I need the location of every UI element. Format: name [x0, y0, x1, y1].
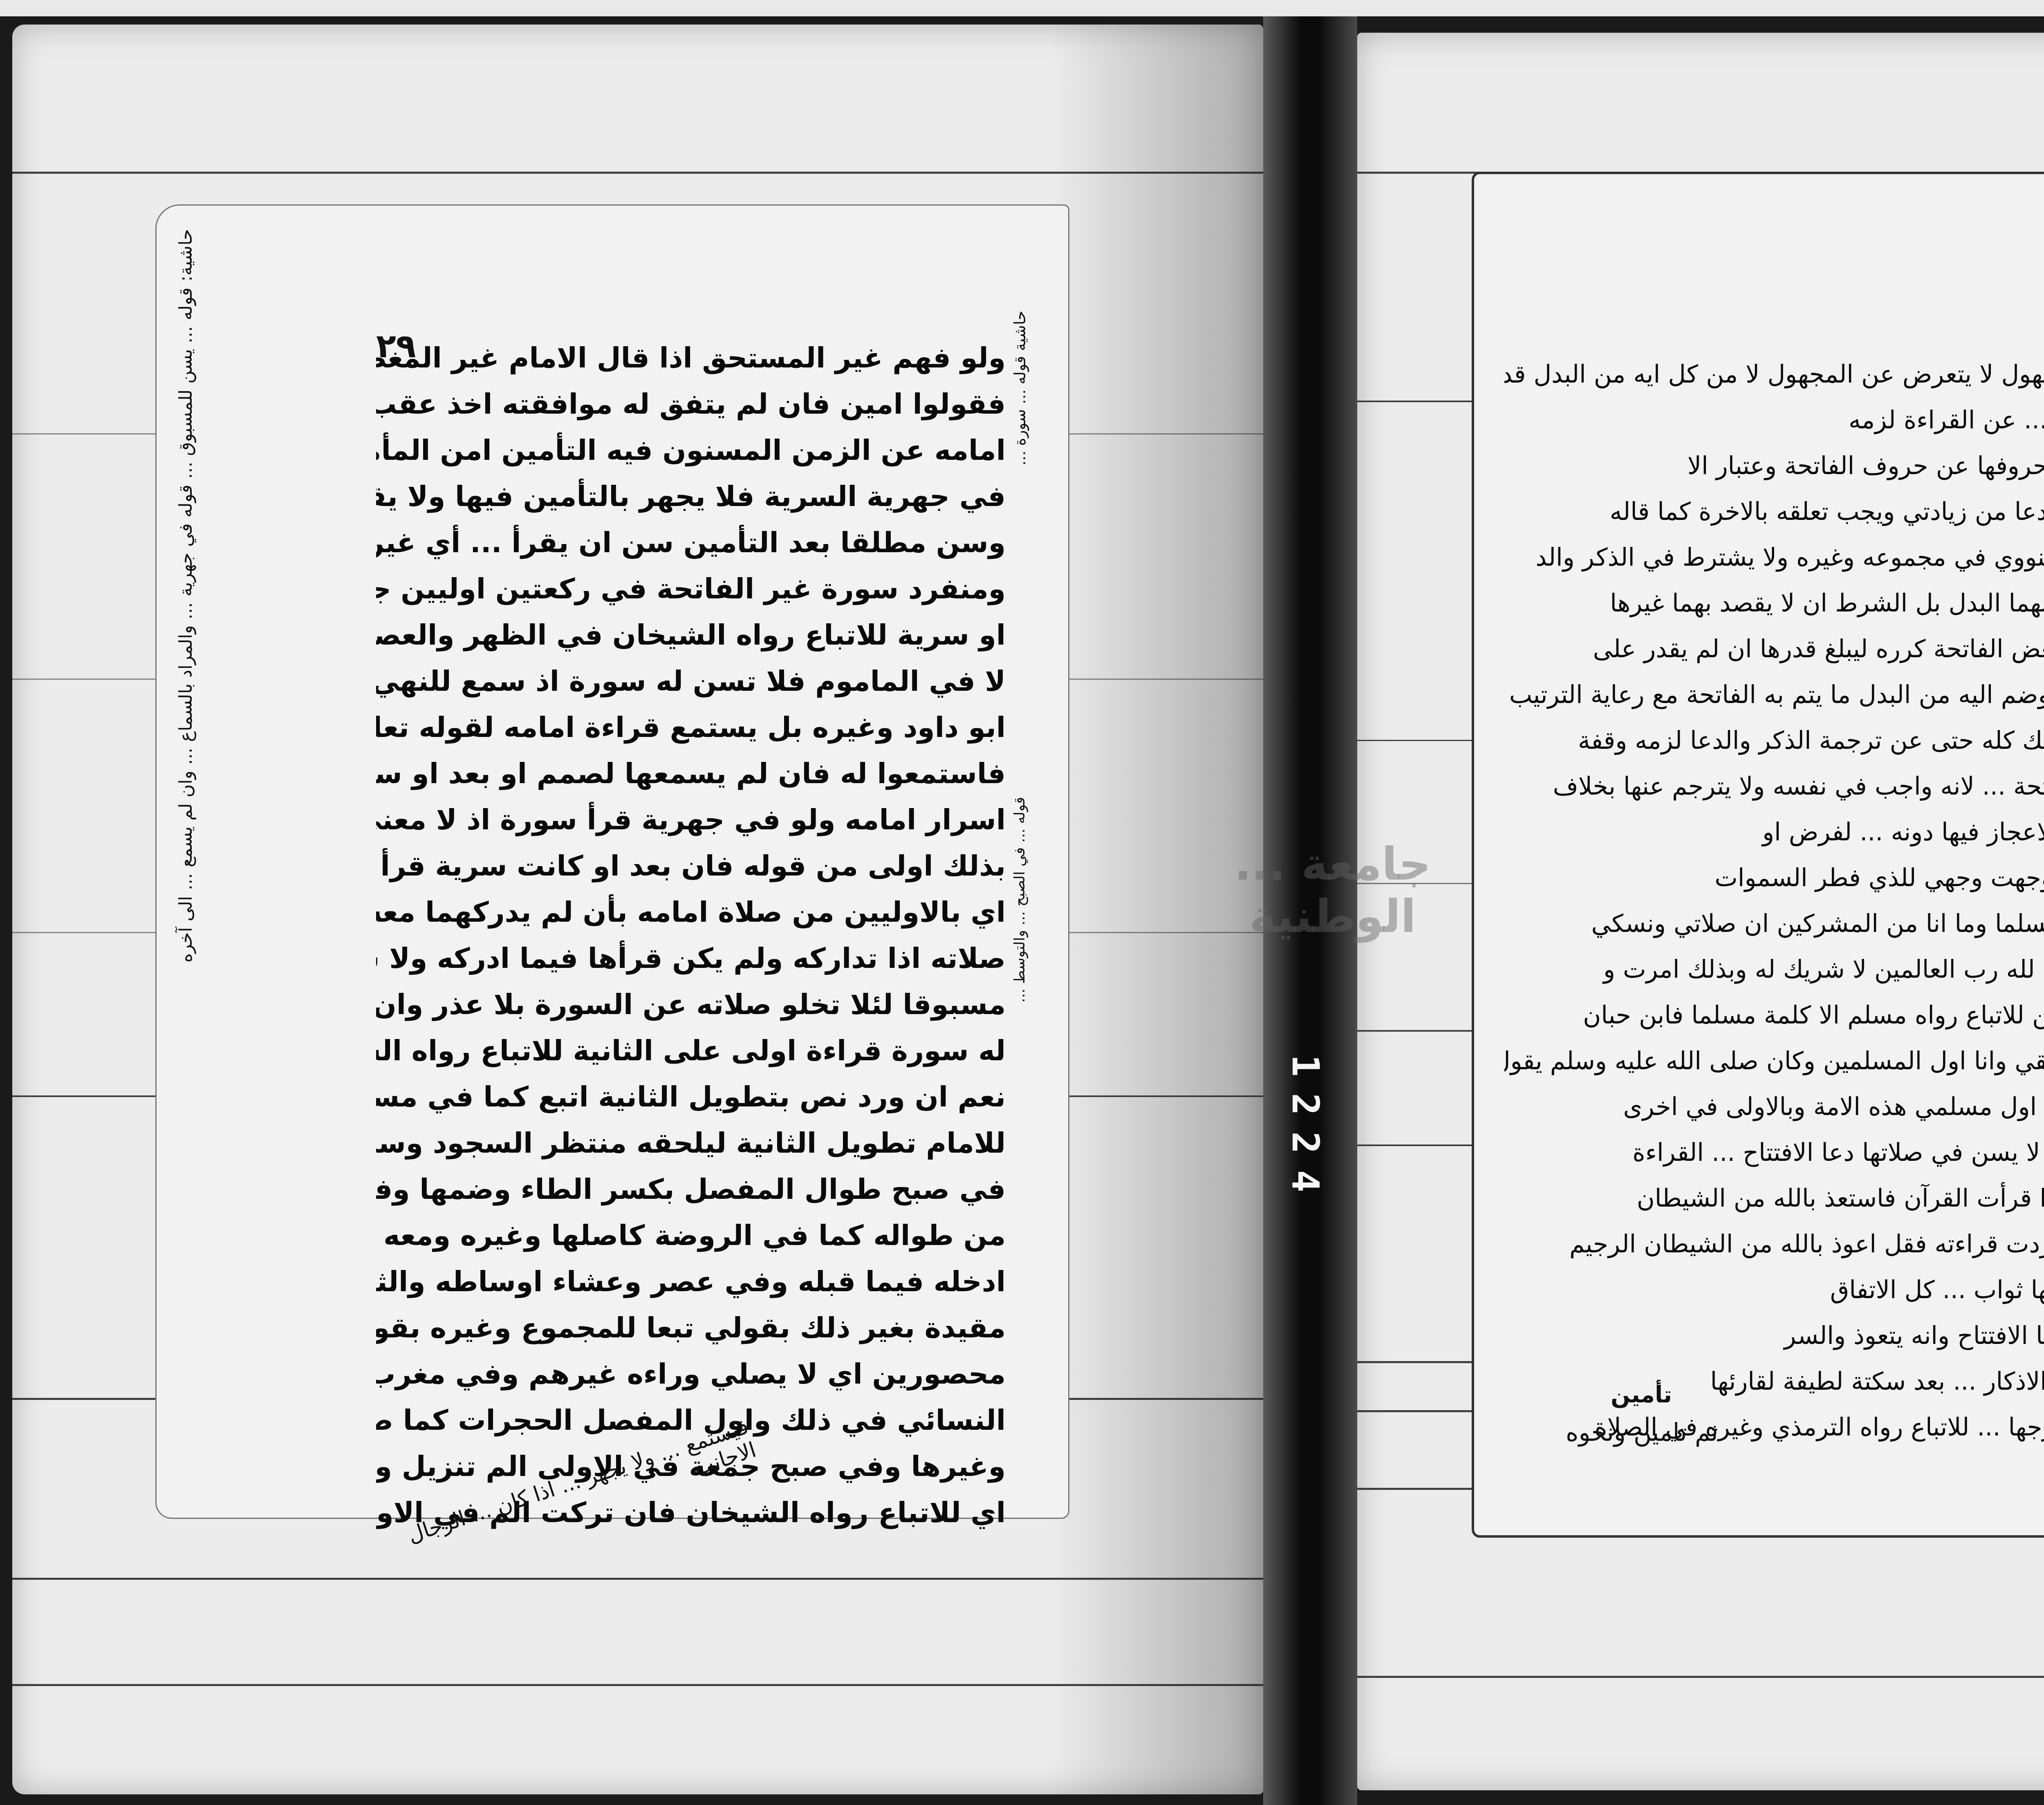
- colophon-note: ثم تامين ونحوه: [1566, 1418, 1718, 1447]
- left-main-text: ولو فهم غير المستحق اذا قال الامام غير ا…: [376, 335, 1006, 1536]
- text-line: ابو داود وغيره بل يستمع قراءة امامه لقول…: [376, 705, 1006, 751]
- text-line: ادخله فيما قبله وفي عصر وعشاء اوساطه وال…: [376, 1259, 1006, 1305]
- text-line: لقوله تعالى فاذا قرأت القرآن فاستعذ بالل…: [1504, 1176, 2044, 1221]
- margin-notes-outer: حاشية: قوله ... يسن للمسبوق ... قوله في …: [172, 229, 384, 1332]
- text-line: في صبح طوال المفصل بكسر الطاء وضمها وفي …: [376, 1167, 1006, 1213]
- text-line: نواع والاكتفا بالدعا من زيادتي ويجب تعلق…: [1504, 489, 2044, 535]
- right-main-text: والمراد ان المجهول لا يتعرض عن المجهول ل…: [1504, 352, 2044, 1450]
- text-line: والمراد ان المجهول لا يتعرض عن المجهول ل…: [1504, 352, 2044, 397]
- margin-notes-inner-bottom: قوله ... في الصبح ... والتوسط ...: [1006, 797, 1071, 1390]
- text-line: في جهرية السرية فلا يجهر بالتأمين فيها و…: [376, 474, 1006, 520]
- text-line: الدعا ان يقصد بهما البدل بل الشرط ان لا …: [1504, 580, 2044, 626]
- ruled-line: [12, 172, 1263, 174]
- text-line: لانه يستدرك فيها ثواب ... كل الاتفاق: [1504, 1267, 2044, 1313]
- text-line: لا في الماموم فلا تسن له سورة اذ سمع للن…: [376, 658, 1006, 705]
- text-line: بدل والا فرادة وضم اليه من البدل ما يتم …: [1504, 672, 2044, 718]
- text-line: فقولوا امين فان لم يتفق له موافقته اخذ ع…: [376, 381, 1006, 428]
- text-line: ... اي لا ينقص حروفها عن حروف الفاتحة وع…: [1504, 443, 2044, 489]
- text-line: اي بالاوليين من صلاة امامه بأن لم يدركهم…: [376, 889, 1006, 936]
- text-line: مقيدة بغير ذلك بقولي تبعا للمجموع وغيره …: [376, 1305, 1006, 1351]
- text-line: ومنفرد سورة غير الفاتحة في ركعتين اوليين…: [376, 566, 1006, 612]
- text-line: انا من المسلمين للاتباع رواه مسلم الا كل…: [1504, 992, 2044, 1038]
- text-line: وفي رواية للبيهقي وانا اول المسلمين وكان…: [1504, 1038, 2044, 1084]
- text-line: بقدر قراءة الفاتحة ... لانه واجب في نفسه…: [1504, 764, 2044, 809]
- text-line: التكبير لفوات الاعجاز فيها دونه ... لفرض…: [1504, 809, 2044, 855]
- ruled-line: [1357, 1676, 2044, 1678]
- text-line: للامام تطويل الثانية ليلحقه منتظر السجود…: [376, 1120, 1006, 1167]
- margin-notes-inner-top: حاشية قوله ... سورة ...: [1006, 311, 1079, 760]
- text-line: عليها ... اي بدعا الافتتاح وانه يتعوذ وا…: [1504, 1313, 2044, 1359]
- text-line: ولو فهم غير المستحق اذا قال الامام غير ا…: [376, 335, 1006, 381]
- text-line: بذلك اولى من قوله فان بعد او كانت سرية ق…: [376, 843, 1006, 889]
- film-top-strip: [0, 0, 2044, 16]
- text-line: صلاته اذا تداركه ولم يكن قرأها فيما ادرك…: [376, 936, 1006, 982]
- text-line: او سرية للاتباع رواه الشيخان في الظهر وا…: [376, 612, 1006, 658]
- text-line: والارض حنيفا مسلما وما انا من المشركين ا…: [1504, 901, 2044, 947]
- text-line: الرجيم اي اذا اردت قراءته فقل اعوذ بالله…: [1504, 1221, 2044, 1267]
- ruled-line: [12, 1684, 1263, 1686]
- text-line: الامام ورجحه النووي في مجموعه وغيره ولا …: [1504, 535, 2044, 580]
- text-line: اسرار امامه ولو في جهرية قرأ سورة اذ لا …: [376, 797, 1006, 843]
- text-line: والجهر بكسائر الاذكار ... بعد سكتة لطيفة…: [1504, 1359, 2044, 1404]
- text-line: وسن مطلقا بعد التأمين سن ان يقرأ ... أي …: [376, 520, 1006, 566]
- ruled-line: [12, 1578, 1263, 1580]
- text-line: محصورين اي لا يصلي وراءه غيرهم وفي مغرب …: [376, 1351, 1006, 1397]
- library-watermark: جامعة ... الوطنية: [1169, 838, 1496, 943]
- text-line: في الجنازة لانه لا يسن في صلاتها دعا الا…: [1504, 1130, 2044, 1176]
- catchword: تأمين: [1611, 1382, 1672, 1408]
- text-line: نعم ان ورد نص بتطويل الثانية اتبع كما في…: [376, 1074, 1006, 1120]
- text-line: ومحياي ومماتي لله رب العالمين لا شريك له…: [1504, 947, 2044, 992]
- text-line: مسبوقا لئلا تخلو صلاته عن السورة بلا عذر…: [376, 982, 1006, 1028]
- text-line: او نفل ... نحو وجهت وجهي للذي فطر السموا…: [1504, 855, 2044, 901]
- text-line: من طواله كما في الروضة كاصلها وغيره ومعه…: [376, 1213, 1006, 1259]
- text-line: امامه عن الزمن المسنون فيه التأمين امن ا…: [376, 428, 1006, 474]
- text-line: ما فيها تارة لانه اول مسلمي هذه الامة وب…: [1504, 1084, 2044, 1130]
- text-line: ايه من الفاتحة ... عن القراءة لزمه: [1504, 397, 2044, 443]
- text-line: واذا قدر على بعض الفاتحة كرره ليبلغ قدره…: [1504, 626, 2044, 672]
- frame-number: 1224: [1284, 1055, 1327, 1209]
- text-line: فاستمعوا له فان لم يسمعها لصمم او بعد او…: [376, 751, 1006, 797]
- text-line: له سورة قراءة اولى على الثانية للاتباع ر…: [376, 1028, 1006, 1074]
- text-line: فان عجز عن ذلك كله حتى عن ترجمة الذكر وا…: [1504, 718, 2044, 764]
